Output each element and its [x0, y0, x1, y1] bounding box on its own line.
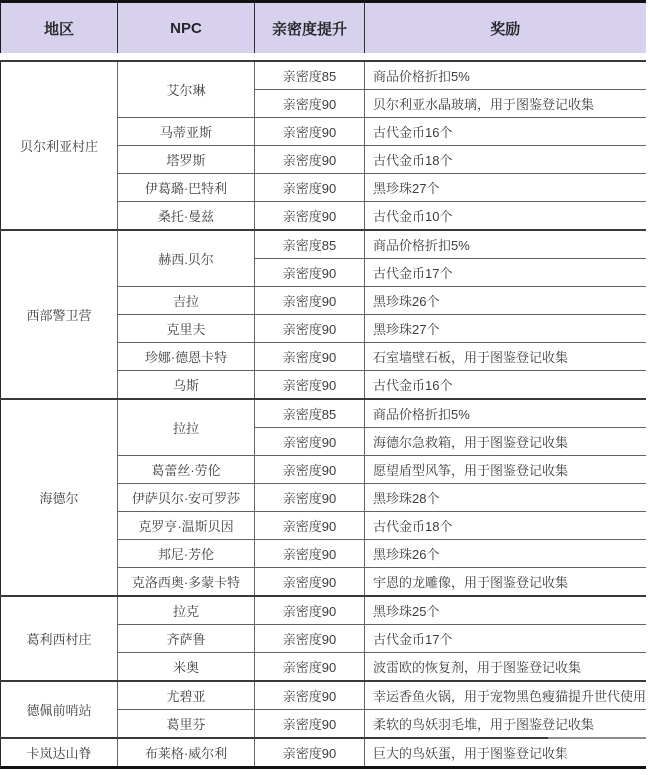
intimacy-level-cell: 亲密度90 — [255, 287, 365, 315]
reward-cell: 古代金币18个 — [365, 512, 646, 540]
intimacy-level-cell: 亲密度90 — [255, 738, 365, 768]
intimacy-level-cell: 亲密度90 — [255, 653, 365, 682]
header-region: 地区 — [1, 2, 118, 56]
region-cell: 卡岚达山脊 — [1, 738, 118, 768]
intimacy-level-cell: 亲密度90 — [255, 118, 365, 146]
reward-cell: 石室墙壁石板，用于图鉴登记收集 — [365, 343, 646, 371]
header-intimacy: 亲密度提升 — [255, 2, 365, 56]
intimacy-level-cell: 亲密度90 — [255, 681, 365, 710]
intimacy-level-cell: 亲密度90 — [255, 146, 365, 174]
intimacy-level-cell: 亲密度90 — [255, 625, 365, 653]
reward-cell: 古代金币16个 — [365, 118, 646, 146]
npc-cell: 米奥 — [118, 653, 255, 682]
intimacy-level-cell: 亲密度90 — [255, 484, 365, 512]
npc-cell: 葛里芬 — [118, 710, 255, 739]
reward-cell: 古代金币17个 — [365, 259, 646, 287]
header-npc: NPC — [118, 2, 255, 56]
header-reward: 奖励 — [365, 2, 646, 56]
reward-cell: 商品价格折扣5% — [365, 61, 646, 90]
npc-cell: 桑托·曼兹 — [118, 202, 255, 231]
reward-cell: 柔软的鸟妖羽毛堆，用于图鉴登记收集 — [365, 710, 646, 739]
intimacy-level-cell: 亲密度90 — [255, 174, 365, 202]
table-header: 地区 NPC 亲密度提升 奖励 — [1, 2, 646, 56]
intimacy-level-cell: 亲密度90 — [255, 202, 365, 231]
reward-cell: 愿望盾型风筝，用于图鉴登记收集 — [365, 456, 646, 484]
region-cell: 西部警卫营 — [1, 230, 118, 399]
npc-cell: 艾尔琳 — [118, 61, 255, 118]
table-row: 西部警卫营赫西.贝尔亲密度85商品价格折扣5% — [1, 230, 646, 259]
npc-intimacy-table: 地区 NPC 亲密度提升 奖励 贝尔利亚村庄艾尔琳亲密度85商品价格折扣5%亲密… — [0, 0, 646, 769]
intimacy-level-cell: 亲密度90 — [255, 259, 365, 287]
reward-cell: 黑珍珠28个 — [365, 484, 646, 512]
reward-cell: 黑珍珠27个 — [365, 315, 646, 343]
reward-cell: 古代金币16个 — [365, 371, 646, 400]
npc-cell: 乌斯 — [118, 371, 255, 400]
intimacy-level-cell: 亲密度90 — [255, 90, 365, 118]
reward-cell: 古代金币17个 — [365, 625, 646, 653]
npc-cell: 珍娜·德恩卡特 — [118, 343, 255, 371]
intimacy-level-cell: 亲密度90 — [255, 568, 365, 597]
npc-cell: 葛蕾丝·劳伦 — [118, 456, 255, 484]
table-row: 葛利西村庄拉克亲密度90黑珍珠25个 — [1, 596, 646, 625]
reward-cell: 商品价格折扣5% — [365, 399, 646, 428]
intimacy-level-cell: 亲密度90 — [255, 596, 365, 625]
reward-cell: 贝尔利亚水晶玻璃，用于图鉴登记收集 — [365, 90, 646, 118]
intimacy-level-cell: 亲密度85 — [255, 61, 365, 90]
intimacy-level-cell: 亲密度90 — [255, 371, 365, 400]
table-row: 德佩前哨站尤碧亚亲密度90幸运香鱼火锅，用于宠物黑色瘦猫提升世代使用 — [1, 681, 646, 710]
reward-cell: 古代金币10个 — [365, 202, 646, 231]
intimacy-level-cell: 亲密度90 — [255, 540, 365, 568]
reward-cell: 波雷欧的恢复剂，用于图鉴登记收集 — [365, 653, 646, 682]
intimacy-level-cell: 亲密度90 — [255, 456, 365, 484]
npc-cell: 齐萨鲁 — [118, 625, 255, 653]
reward-cell: 古代金币18个 — [365, 146, 646, 174]
table-row: 贝尔利亚村庄艾尔琳亲密度85商品价格折扣5% — [1, 61, 646, 90]
npc-cell: 伊葛璐·巴特利 — [118, 174, 255, 202]
region-cell: 海德尔 — [1, 399, 118, 596]
reward-cell: 海德尔急救箱，用于图鉴登记收集 — [365, 428, 646, 456]
region-cell: 贝尔利亚村庄 — [1, 61, 118, 230]
region-cell: 德佩前哨站 — [1, 681, 118, 738]
reward-cell: 黑珍珠25个 — [365, 596, 646, 625]
npc-cell: 伊萨贝尔·安可罗莎 — [118, 484, 255, 512]
reward-cell: 幸运香鱼火锅，用于宠物黑色瘦猫提升世代使用 — [365, 681, 646, 710]
npc-cell: 马蒂亚斯 — [118, 118, 255, 146]
npc-cell: 赫西.贝尔 — [118, 230, 255, 287]
table-row: 海德尔拉拉亲密度85商品价格折扣5% — [1, 399, 646, 428]
intimacy-level-cell: 亲密度85 — [255, 399, 365, 428]
table-body: 贝尔利亚村庄艾尔琳亲密度85商品价格折扣5%亲密度90贝尔利亚水晶玻璃，用于图鉴… — [1, 55, 646, 768]
table-row: 卡岚达山脊布莱格·威尔利亲密度90巨大的鸟妖蛋，用于图鉴登记收集 — [1, 738, 646, 768]
reward-cell: 宇恩的龙雕像，用于图鉴登记收集 — [365, 568, 646, 597]
npc-cell: 克里夫 — [118, 315, 255, 343]
reward-cell: 巨大的鸟妖蛋，用于图鉴登记收集 — [365, 738, 646, 768]
intimacy-level-cell: 亲密度90 — [255, 315, 365, 343]
npc-cell: 克罗亨·温斯贝因 — [118, 512, 255, 540]
reward-cell: 黑珍珠27个 — [365, 174, 646, 202]
intimacy-level-cell: 亲密度90 — [255, 428, 365, 456]
npc-cell: 吉拉 — [118, 287, 255, 315]
reward-cell: 黑珍珠26个 — [365, 540, 646, 568]
npc-cell: 克洛西奥·多蒙卡特 — [118, 568, 255, 597]
intimacy-level-cell: 亲密度90 — [255, 710, 365, 739]
npc-cell: 邦尼·芳伦 — [118, 540, 255, 568]
npc-cell: 塔罗斯 — [118, 146, 255, 174]
header-row: 地区 NPC 亲密度提升 奖励 — [1, 2, 646, 56]
npc-cell: 拉拉 — [118, 399, 255, 456]
reward-cell: 商品价格折扣5% — [365, 230, 646, 259]
intimacy-level-cell: 亲密度90 — [255, 512, 365, 540]
npc-cell: 尤碧亚 — [118, 681, 255, 710]
reward-cell: 黑珍珠26个 — [365, 287, 646, 315]
npc-cell: 布莱格·威尔利 — [118, 738, 255, 768]
intimacy-level-cell: 亲密度85 — [255, 230, 365, 259]
npc-cell: 拉克 — [118, 596, 255, 625]
region-cell: 葛利西村庄 — [1, 596, 118, 681]
intimacy-level-cell: 亲密度90 — [255, 343, 365, 371]
